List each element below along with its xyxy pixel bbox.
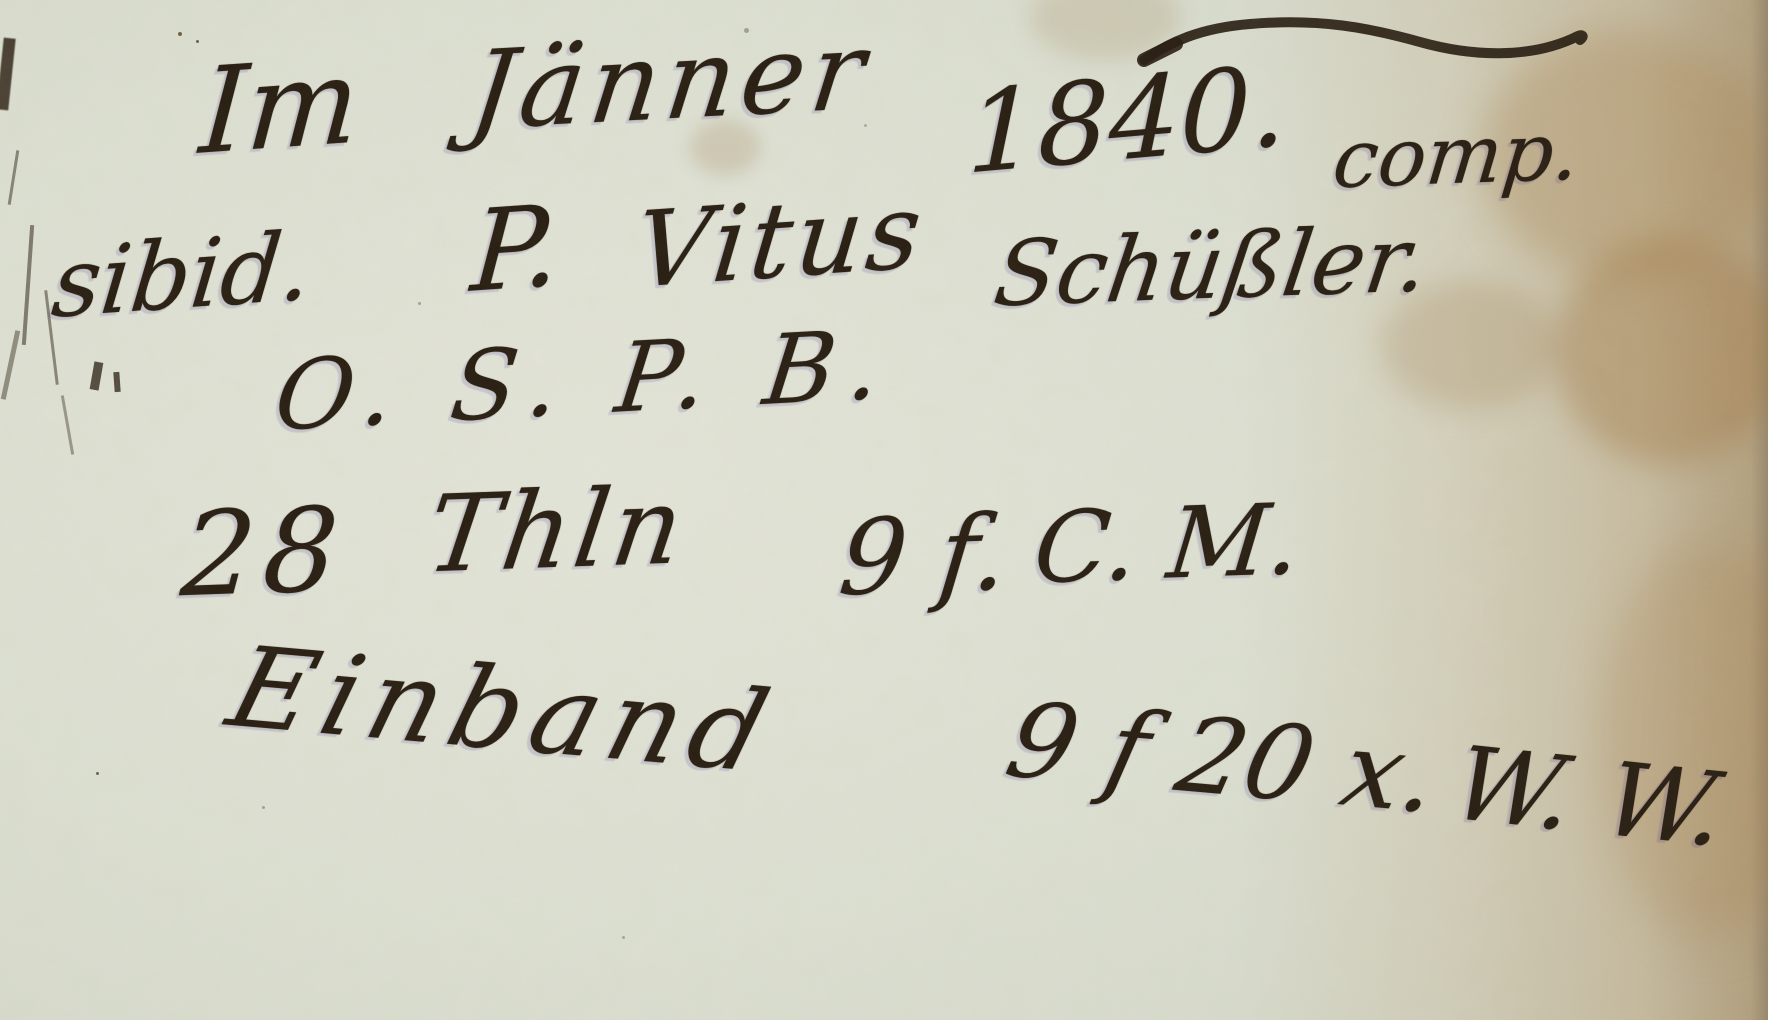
paper-speck (418, 302, 421, 305)
word-28: 28 (178, 492, 350, 614)
paper-speck (178, 32, 182, 36)
currency-cm: C. M. (1030, 491, 1305, 599)
word-pater-initial: P. (468, 190, 564, 309)
word-schuessler: Schüßler. (989, 215, 1433, 321)
word-comp: comp. (1330, 111, 1584, 200)
paper-speck (262, 806, 265, 809)
word-sibid: sibid. (48, 220, 316, 333)
paper-speck (96, 772, 99, 775)
paper-speck (622, 936, 625, 939)
word-jaenner: Jänner (465, 17, 876, 147)
paper-speck (196, 40, 199, 43)
paper-speck (864, 124, 867, 127)
word-thln: Thln (421, 473, 693, 589)
stain-mid-right (1555, 235, 1768, 465)
word-im: Im (197, 41, 363, 171)
word-year-1840: 1840. (966, 50, 1287, 191)
currency-ww: W. W. (1443, 734, 1738, 862)
word-vitus: Vitus (631, 178, 930, 303)
manuscript-photo: Im Jänner 1840. comp. sibid. P. Vitus Sc… (0, 0, 1768, 1020)
price-9f: 9 f. (835, 500, 1013, 610)
